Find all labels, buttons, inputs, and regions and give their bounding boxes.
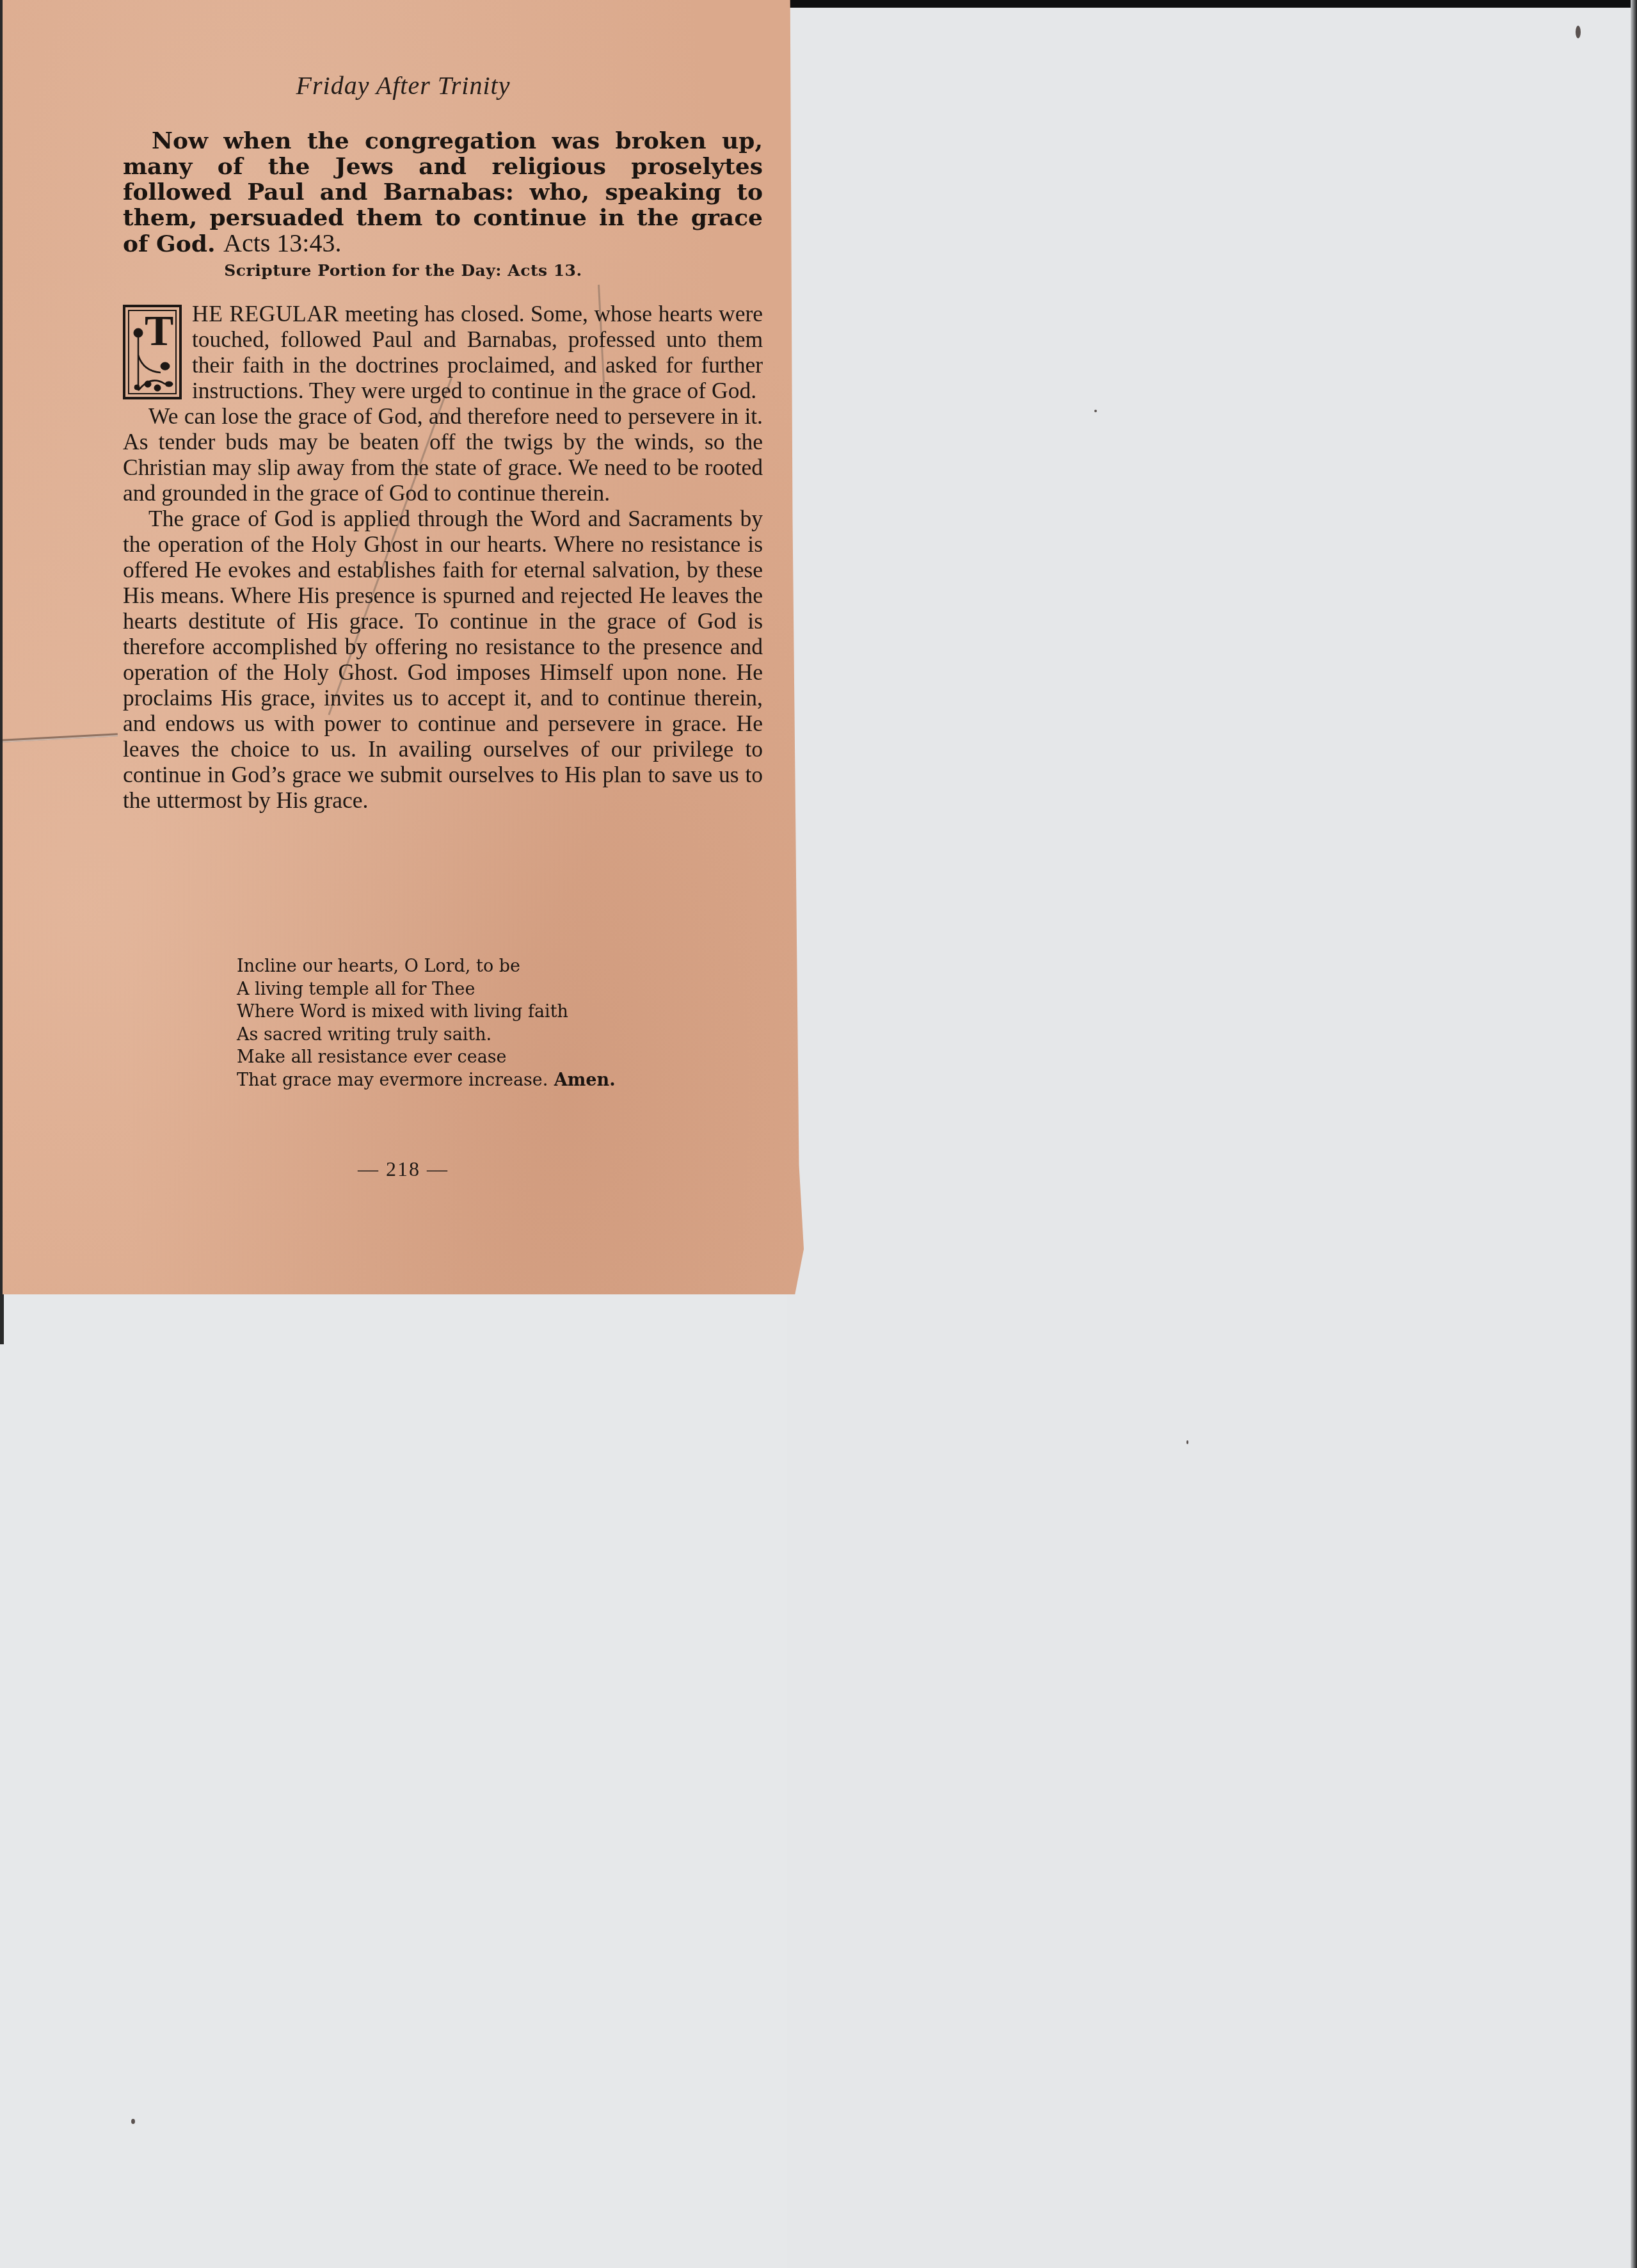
devotional-body: T HE REGULAR meeting has close: [123, 301, 763, 813]
dust-speck: [1094, 410, 1097, 412]
paper-tear: [3, 733, 118, 742]
floral-vine-ornament-icon: [132, 326, 178, 397]
epigraph-verse: Now when the congregation was broken up,…: [123, 128, 763, 257]
dropcap-frame: T: [123, 305, 182, 399]
epigraph-reference: Acts 13:43.: [223, 229, 341, 257]
scanner-border-top: [787, 0, 1637, 8]
dust-speck: [1576, 26, 1581, 38]
page-header-title: Friday After Trinity: [3, 70, 804, 101]
prayer-line: Where Word is mixed with living faith: [237, 1001, 616, 1024]
prayer-verse: Incline our hearts, O Lord, to be A livi…: [237, 955, 616, 1091]
paragraph-2: We can lose the grace of God, and theref…: [123, 403, 763, 506]
paragraph-lead: HE REGULAR: [192, 301, 339, 326]
prayer-line-last: That grace may evermore increase. Amen.: [237, 1069, 616, 1092]
prayer-amen: Amen.: [548, 1070, 615, 1090]
prayer-line: As sacred writing truly saith.: [237, 1024, 616, 1047]
scanner-border-right: [1631, 0, 1637, 2268]
prayer-line: That grace may evermore increase.: [237, 1070, 548, 1090]
prayer-line: Incline our hearts, O Lord, to be: [237, 955, 616, 978]
dust-speck: [1186, 1440, 1188, 1444]
scripture-portion-line: Scripture Portion for the Day: Acts 13.: [3, 261, 804, 280]
prayer-line: Make all resistance ever cease: [237, 1046, 616, 1069]
page-number: — 218 —: [3, 1157, 804, 1181]
epigraph-text: Now when the congregation was broken up,…: [123, 127, 763, 257]
newspaper-clipping: Friday After Trinity Now when the congre…: [3, 0, 804, 1294]
paragraph-1: T HE REGULAR meeting has close: [123, 301, 763, 403]
paragraph-3: The grace of God is applied through the …: [123, 506, 763, 813]
dust-speck: [131, 2119, 135, 2124]
prayer-line: A living temple all for Thee: [237, 978, 616, 1001]
scanner-bed: [787, 8, 1631, 2268]
